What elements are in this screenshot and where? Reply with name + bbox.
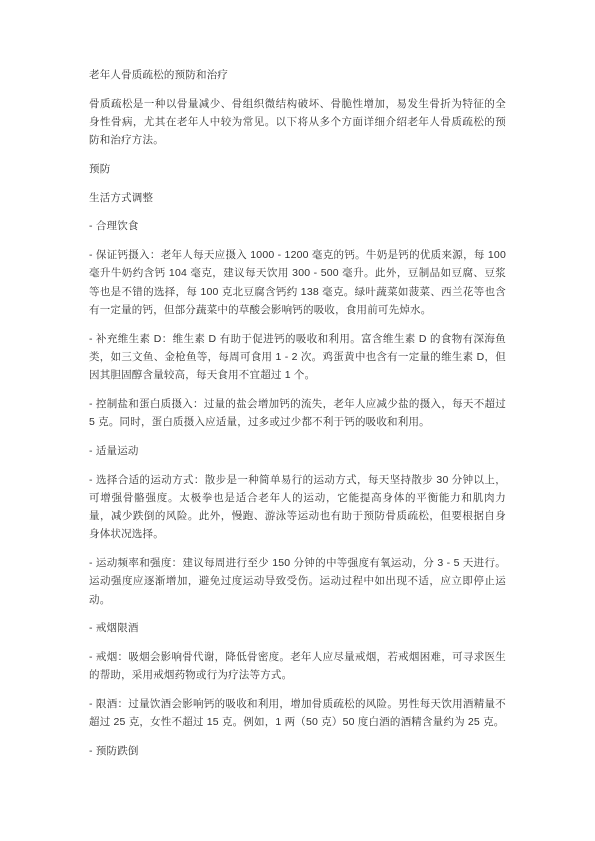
list-item-quit-smoking-limit-alcohol: - 戒烟限酒 (89, 619, 506, 637)
list-item-fall-prevention: - 预防跌倒 (89, 742, 506, 760)
list-item-quit-smoking: - 戒烟：吸烟会影响骨代谢，降低骨密度。老年人应尽量戒烟，若戒烟困难，可寻求医生… (89, 648, 506, 685)
list-item-moderate-exercise: - 适量运动 (89, 442, 506, 460)
document-page: 老年人骨质疏松的预防和治疗 骨质疏松是一种以骨量减少、骨组织微结构破坏、骨脆性增… (0, 0, 595, 841)
document-title: 老年人骨质疏松的预防和治疗 (89, 66, 506, 84)
list-item-reasonable-diet: - 合理饮食 (89, 217, 506, 235)
list-item-salt-protein-control: - 控制盐和蛋白质摄入：过量的盐会增加钙的流失，老年人应减少盐的摄入，每天不超过… (89, 395, 506, 432)
intro-paragraph: 骨质疏松是一种以骨量减少、骨组织微结构破坏、骨脆性增加，易发生骨折为特征的全身性… (89, 95, 506, 150)
list-item-exercise-frequency: - 运动频率和强度：建议每周进行至少 150 分钟的中等强度有氧运动，分 3 -… (89, 554, 506, 609)
heading-prevention: 预防 (89, 160, 506, 178)
list-item-vitamin-d: - 补充维生素 D：维生素 D 有助于促进钙的吸收和利用。富含维生素 D 的食物… (89, 330, 506, 385)
list-item-limit-alcohol: - 限酒：过量饮酒会影响钙的吸收和利用，增加骨质疏松的风险。男性每天饮用酒精量不… (89, 695, 506, 732)
list-item-calcium-intake: - 保证钙摄入：老年人每天应摄入 1000 - 1200 毫克的钙。牛奶是钙的优… (89, 246, 506, 319)
heading-lifestyle-adjustment: 生活方式调整 (89, 189, 506, 207)
list-item-exercise-type: - 选择合适的运动方式：散步是一种简单易行的运动方式，每天坚持散步 30 分钟以… (89, 471, 506, 544)
